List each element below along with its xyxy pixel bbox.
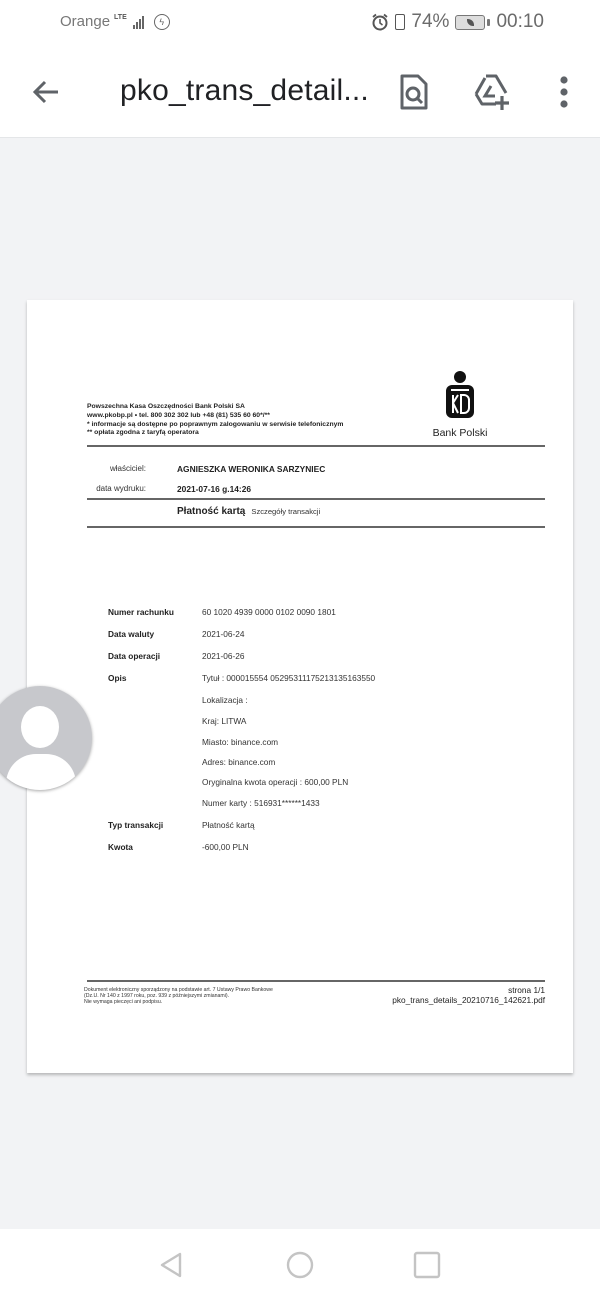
detail-label: Data operacji bbox=[108, 651, 160, 661]
battery-saver-icon bbox=[455, 15, 490, 30]
divider bbox=[87, 498, 545, 500]
find-in-document-icon[interactable] bbox=[394, 72, 434, 112]
navigation-bar bbox=[0, 1229, 600, 1300]
avatar-placeholder-body bbox=[6, 754, 76, 790]
detail-label: Data waluty bbox=[108, 629, 154, 639]
pko-logo-icon bbox=[440, 370, 480, 420]
detail-value: Tytuł : 000015554 0529531117521313516355… bbox=[202, 673, 375, 683]
battery-percent: 74% bbox=[411, 11, 449, 33]
detail-label: Numer rachunku bbox=[108, 607, 174, 617]
alarm-icon bbox=[371, 13, 389, 31]
detail-value: Płatność kartą bbox=[202, 820, 255, 830]
detail-value: -600,00 PLN bbox=[202, 842, 249, 852]
carrier-name: Orange bbox=[60, 13, 110, 30]
pdf-viewer[interactable]: Powszechna Kasa Oszczędności Bank Polski… bbox=[0, 139, 600, 1229]
bank-name: Powszechna Kasa Oszczędności Bank Polski… bbox=[87, 403, 343, 412]
owner-label: właściciel: bbox=[86, 464, 146, 473]
pdf-page: Powszechna Kasa Oszczędności Bank Polski… bbox=[27, 300, 573, 1073]
status-bar: Orange LTE ϟ 74% 00:10 bbox=[0, 0, 600, 46]
nav-home-icon[interactable] bbox=[284, 1249, 316, 1281]
logo-text: Bank Polski bbox=[425, 427, 495, 439]
detail-value: Numer karty : 516931******1433 bbox=[202, 798, 320, 808]
print-date-value: 2021-07-16 g.14:26 bbox=[177, 484, 251, 494]
app-bar: pko_trans_detail... bbox=[0, 46, 600, 138]
legal-line: Nie wymaga pieczęci ani podpisu. bbox=[84, 999, 324, 1005]
detail-value: 2021-06-24 bbox=[202, 629, 244, 639]
print-date-label: data wydruku: bbox=[86, 484, 146, 493]
clock: 00:10 bbox=[496, 11, 544, 33]
detail-value: Kraj: LITWA bbox=[202, 716, 246, 726]
detail-value: Lokalizacja : bbox=[202, 695, 248, 705]
add-to-drive-icon[interactable] bbox=[472, 72, 512, 112]
pko-logo: Bank Polski bbox=[425, 370, 495, 439]
detail-label: Kwota bbox=[108, 842, 133, 852]
signal-icon bbox=[133, 15, 144, 29]
status-right: 74% 00:10 bbox=[371, 11, 544, 33]
section-title-text: Płatność kartą bbox=[177, 506, 245, 517]
network-type: LTE bbox=[114, 14, 127, 21]
avatar-placeholder-icon bbox=[21, 706, 59, 748]
detail-value: Oryginalna kwota operacji : 600,00 PLN bbox=[202, 777, 348, 787]
vibrate-icon bbox=[395, 14, 405, 30]
owner-value: AGNIESZKA WERONIKA SARZYNIEC bbox=[177, 464, 325, 474]
back-icon[interactable] bbox=[28, 74, 64, 110]
legal-note: Dokument elektroniczny sporządzony na po… bbox=[84, 987, 324, 1006]
more-options-icon[interactable] bbox=[544, 72, 584, 112]
detail-label: Typ transakcji bbox=[108, 820, 163, 830]
detail-value: 60 1020 4939 0000 0102 0090 1801 bbox=[202, 607, 336, 617]
detail-value: Miasto: binance.com bbox=[202, 737, 278, 747]
divider bbox=[87, 526, 545, 528]
divider bbox=[87, 445, 545, 447]
nav-recents-icon[interactable] bbox=[411, 1249, 443, 1281]
detail-value: Adres: binance.com bbox=[202, 757, 275, 767]
section-title: Płatność kartąSzczegóły transakcji bbox=[177, 506, 320, 517]
bank-contact: www.pkobp.pl • tel. 800 302 302 lub +48 … bbox=[87, 412, 343, 421]
document-title: pko_trans_detail... bbox=[120, 74, 369, 108]
file-name: pko_trans_details_20210716_142621.pdf bbox=[392, 995, 545, 1005]
footnote-1: * informacje są dostępne po poprawnym za… bbox=[87, 421, 343, 430]
messenger-icon: ϟ bbox=[154, 14, 170, 30]
footnote-2: ** opłata zgodna z taryfą operatora bbox=[87, 429, 343, 438]
detail-value: 2021-06-26 bbox=[202, 651, 244, 661]
section-subtitle: Szczegóły transakcji bbox=[251, 507, 320, 516]
page-number: strona 1/1 bbox=[392, 985, 545, 995]
detail-label: Opis bbox=[108, 673, 126, 683]
bank-header: Powszechna Kasa Oszczędności Bank Polski… bbox=[87, 403, 343, 438]
footer-divider bbox=[87, 980, 545, 982]
status-left: Orange LTE ϟ bbox=[60, 13, 170, 30]
nav-back-icon[interactable] bbox=[156, 1249, 188, 1281]
page-info: strona 1/1 pko_trans_details_20210716_14… bbox=[392, 985, 545, 1005]
